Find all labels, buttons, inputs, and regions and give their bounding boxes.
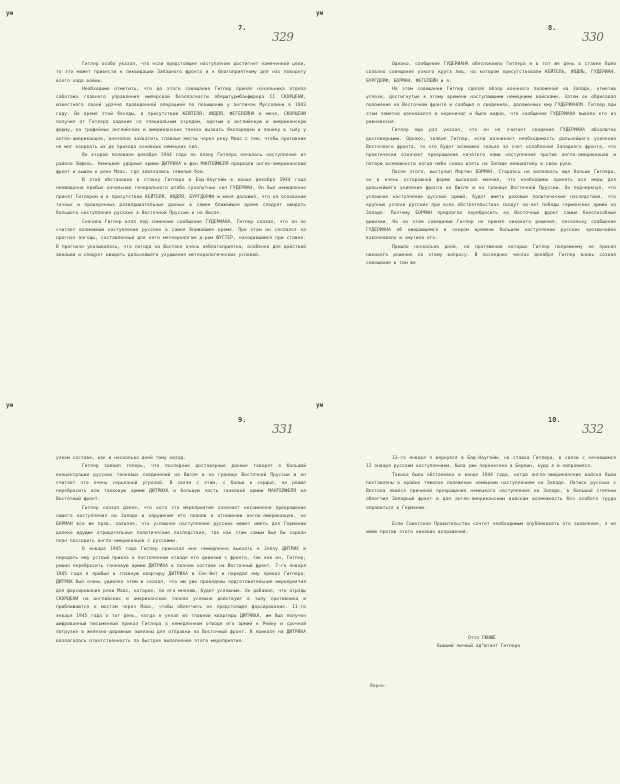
handwritten-archive-number: 332	[582, 422, 603, 436]
paragraph: Однако, сообщение ГУДЕРИАНА обеспокоило …	[366, 61, 616, 86]
paragraph: Если Советское Правительство сочтет необ…	[366, 521, 616, 538]
paragraph: узком составе, как и несколько дней тому…	[56, 455, 306, 463]
document-page-8: ум 8. 330 Однако, сообщение ГУДЕРИАНА об…	[310, 0, 620, 392]
corner-mark: ум	[316, 402, 323, 409]
paragraph: Во второй половине декабря 1944 года по …	[56, 152, 306, 177]
verification-label: Верно:	[370, 684, 387, 689]
paragraph: Гитлер особо указал, что если предстояще…	[56, 61, 306, 86]
corner-mark: ум	[6, 10, 13, 17]
paragraph: Гитлер заявил теперь, что последние дост…	[56, 463, 306, 504]
page-body: 13-го января я вернулся в Бад-Наугейм, н…	[366, 455, 616, 538]
page-number: 10.	[548, 416, 561, 424]
paragraph: На этом совещании Гитлер сделал обзор во…	[366, 86, 616, 127]
corner-mark: ум	[6, 402, 13, 409]
signature-title: бывший личный ад"ютант Гитлера	[437, 644, 520, 649]
paragraph: Гитлер еще раз указал, что он не считает…	[366, 127, 616, 168]
paragraph: Необходимо отметить, что до этого совеща…	[56, 86, 306, 152]
page-number: 7.	[238, 24, 246, 32]
paragraph: В этой обстановке в ставку Гитлера в Бад…	[56, 177, 306, 218]
document-page-10: ум 10. 332 13-го января я вернулся в Бад…	[310, 392, 620, 784]
page-number: 9.	[238, 416, 246, 424]
handwritten-archive-number: 330	[582, 30, 603, 44]
page-number: 8.	[548, 24, 556, 32]
page-body: Гитлер особо указал, что если предстояще…	[56, 61, 306, 260]
paragraph: 6 января 1945 года Гитлер приказал мне н…	[56, 546, 306, 646]
corner-mark: ум	[316, 10, 323, 17]
signature-name: Отто ГЮНШЕ	[468, 636, 496, 641]
paragraph: Гитлер сказал далее, что хотя это меропр…	[56, 505, 306, 546]
page-body: Однако, сообщение ГУДЕРИАНА обеспокоило …	[366, 61, 616, 268]
document-page-9: ум 9. 331 узком составе, как и несколько…	[0, 392, 310, 784]
page-body: узком составе, как и несколько дней тому…	[56, 455, 306, 646]
paragraph: Сначала Гитлер взял под сомнение сообщен…	[56, 219, 306, 260]
handwritten-archive-number: 331	[272, 422, 293, 436]
paragraph: После этого, выступил Мартин БОРМАН. Ста…	[366, 169, 616, 244]
paragraph: 13-го января я вернулся в Бад-Наугейм, н…	[366, 455, 616, 472]
handwritten-archive-number: 329	[272, 30, 293, 44]
paragraph: Прошло несколько дней, на протяжении кот…	[366, 244, 616, 269]
paragraph: Такова была обстановка в конце 1944 года…	[366, 472, 616, 513]
document-page-7: ум 7. 329 Гитлер особо указал, что если …	[0, 0, 310, 392]
